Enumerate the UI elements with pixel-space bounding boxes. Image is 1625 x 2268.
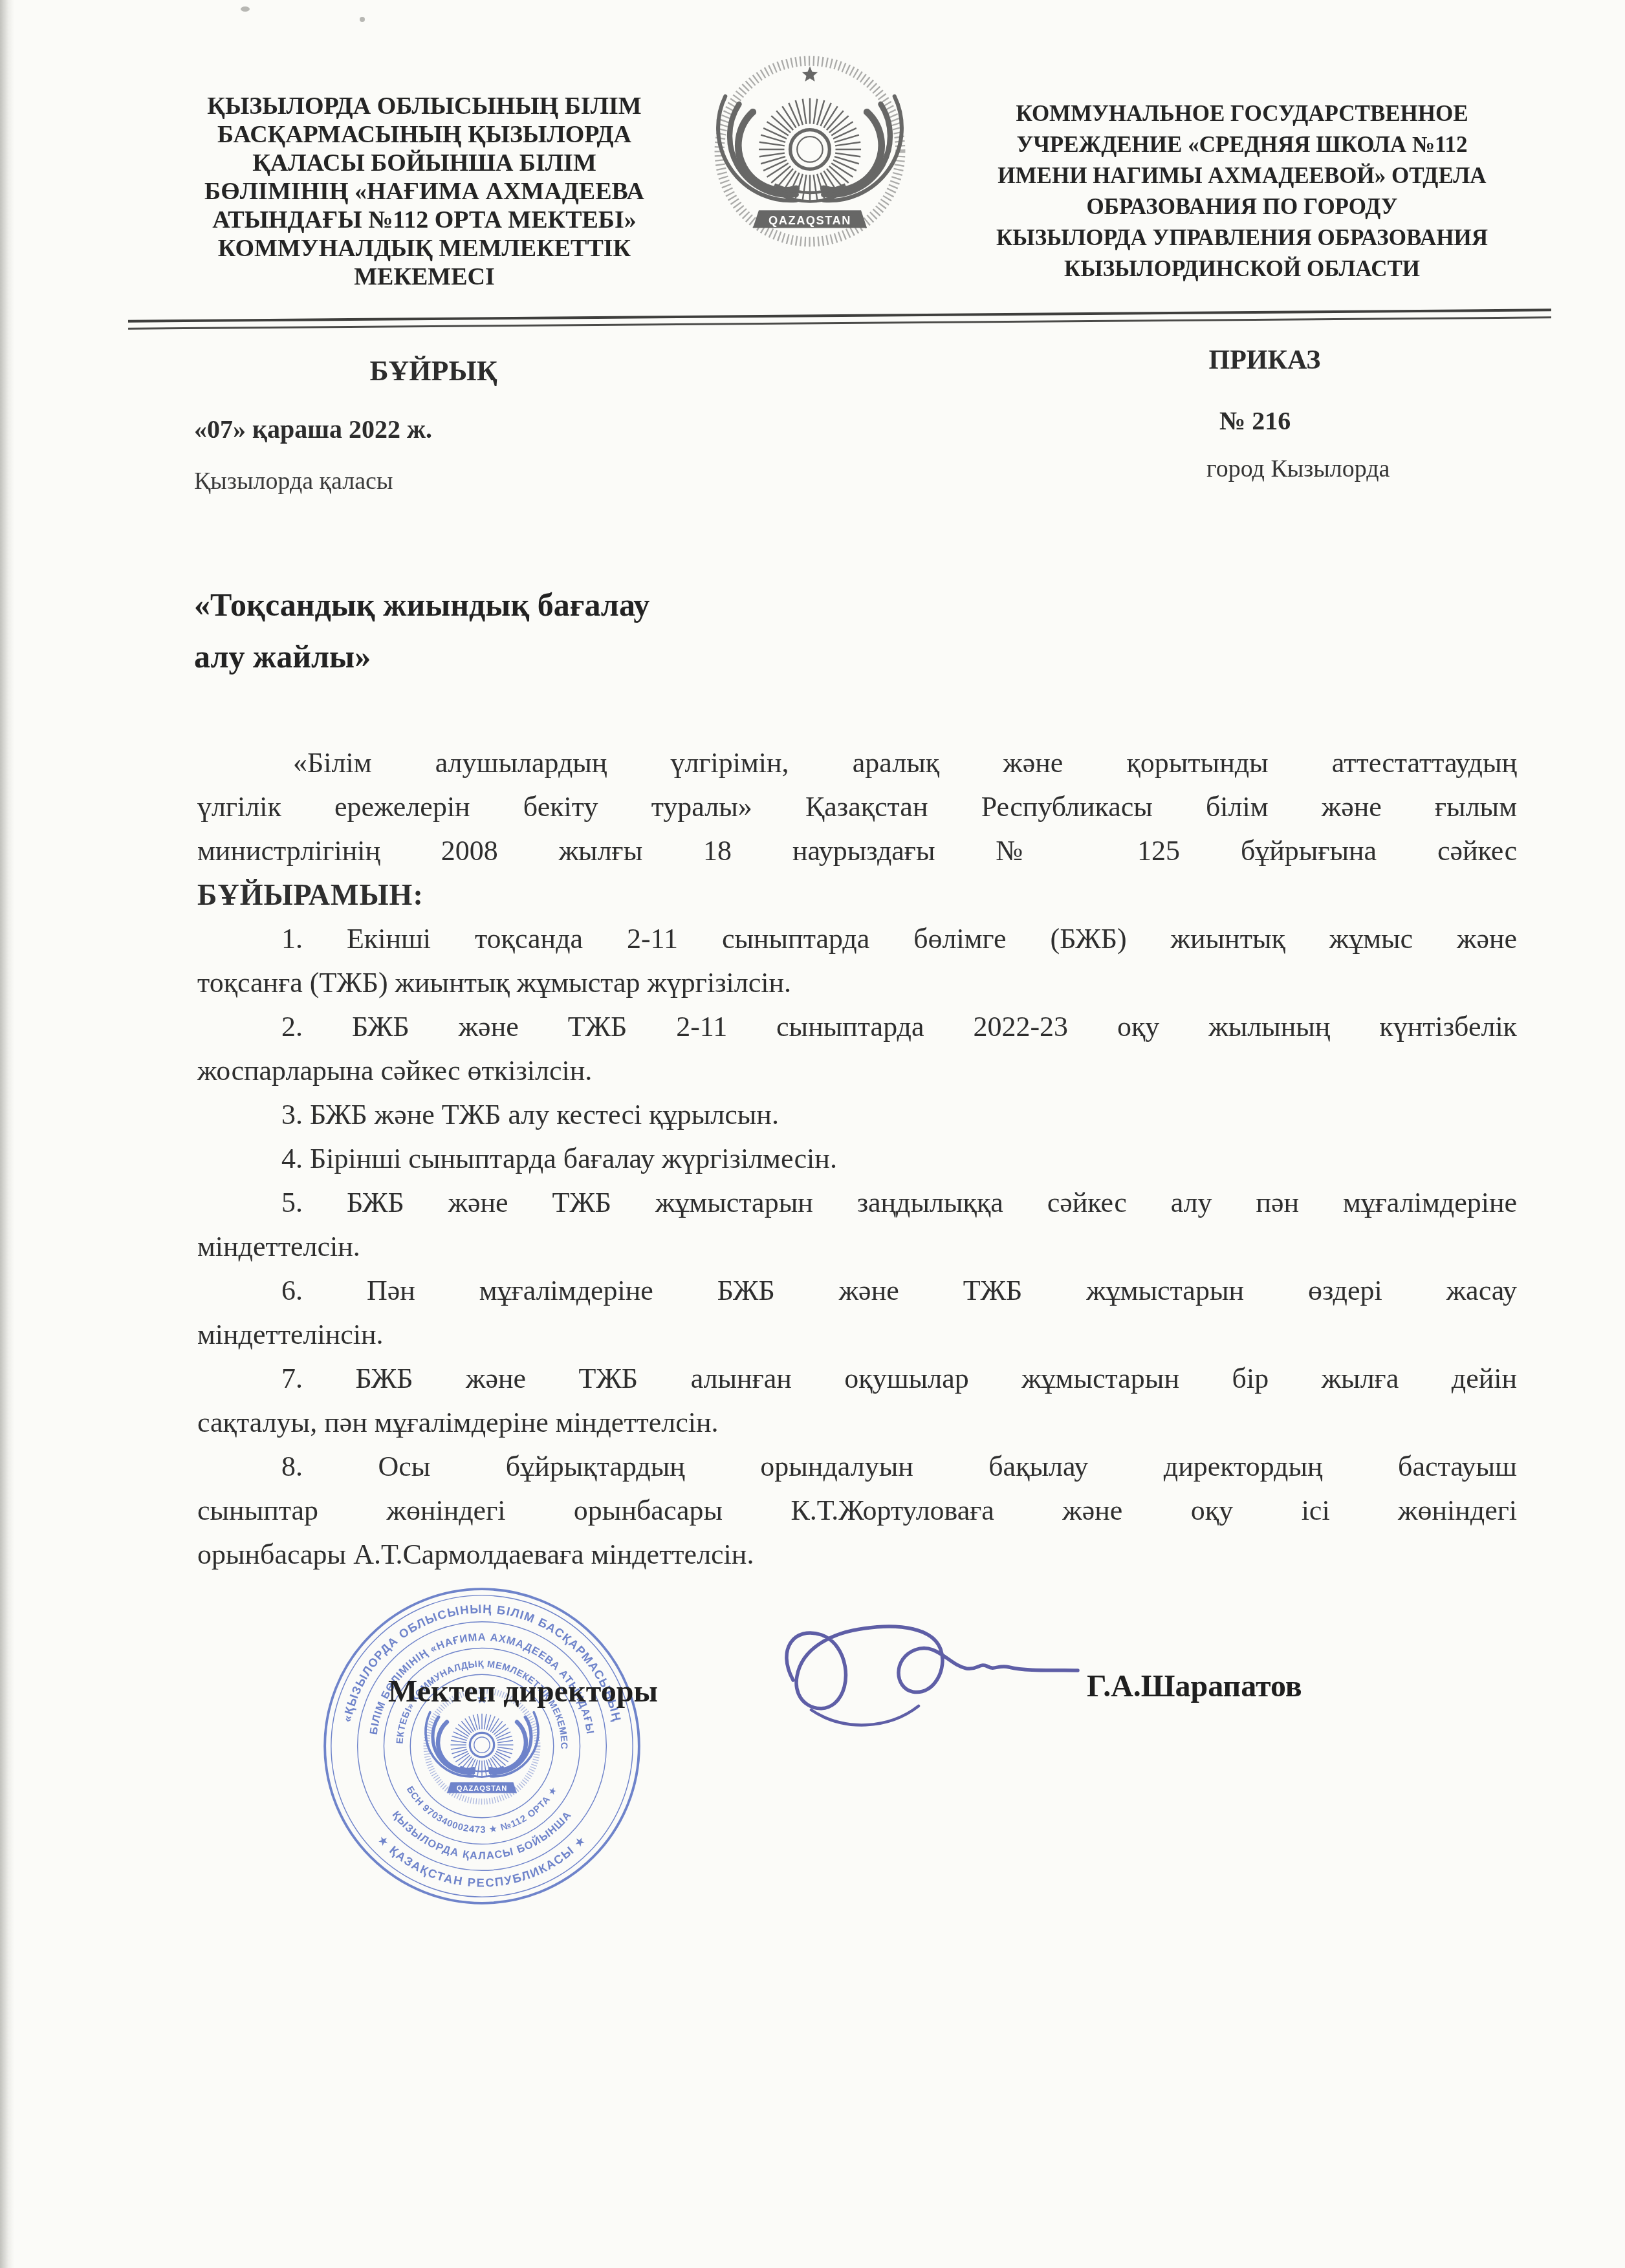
scan-speck xyxy=(360,17,365,22)
org-kk-line: КОММУНАЛДЫҚ МЕМЛЕКЕТТІК xyxy=(176,234,673,263)
order-item-6-line: міндеттелінсін. xyxy=(197,1313,1517,1357)
intro-line: «Білім алушылардың үлгірімін, аралық жән… xyxy=(197,741,1517,785)
school-round-stamp: «ҚЫЗЫЛОРДА ОБЛЫСЫНЫҢ БІЛІМ БАСҚАРМАСЫНЫҢ… xyxy=(306,1570,658,1922)
city-russian: город Кызылорда xyxy=(1206,455,1390,483)
order-subject: «Тоқсандық жиындық бағалау алу жайлы» xyxy=(194,579,906,682)
scan-speck xyxy=(241,6,250,12)
signature-role-label: Мектеп директоры xyxy=(388,1674,658,1709)
header-divider-line xyxy=(128,308,1551,329)
intro-line: үлгілік ережелерін бекіту туралы» Қазақс… xyxy=(197,785,1517,829)
order-date: «07» қараша 2022 ж. xyxy=(194,414,432,444)
scanned-order-document: ҚЫЗЫЛОРДА ОБЛЫСЫНЫҢ БІЛІМ БАСҚАРМАСЫНЫҢ … xyxy=(0,0,1625,2268)
org-kk-line: АТЫНДАҒЫ №112 ОРТА МЕКТЕБІ» xyxy=(176,206,673,234)
order-body: «Білім алушылардың үлгірімін, аралық жән… xyxy=(197,741,1517,1577)
order-item-6-line: 6. Пән мұғалімдеріне БЖБ және ТЖБ жұмыст… xyxy=(197,1269,1517,1313)
order-item-5-line: міндеттелсін. xyxy=(197,1225,1517,1269)
org-ru-line: ОБРАЗОВАНИЯ ПО ГОРОДУ xyxy=(956,191,1528,222)
org-ru-line: ИМЕНИ НАГИМЫ АХМАДЕЕВОЙ» ОТДЕЛА xyxy=(956,160,1528,191)
org-ru-line: УЧРЕЖДЕНИЕ «СРЕДНЯЯ ШКОЛА №112 xyxy=(956,129,1528,160)
order-item-8-line: 8. Осы бұйрықтардың орындалуын бақылау д… xyxy=(197,1445,1517,1489)
org-kk-line: БАСҚАРМАСЫНЫҢ ҚЫЗЫЛОРДА xyxy=(176,120,673,149)
order-title-kazakh: БҰЙРЫҚ xyxy=(349,354,518,387)
org-kk-line: ҚЫЗЫЛОРДА ОБЛЫСЫНЫҢ БІЛІМ xyxy=(176,92,673,120)
org-kk-line: БӨЛІМІНІҢ «НАҒИМА АХМАДЕЕВА xyxy=(176,177,673,206)
subject-line: «Тоқсандық жиындық бағалау xyxy=(194,579,906,631)
kazakhstan-emblem-icon: QAZAQSTAN xyxy=(700,40,920,260)
order-item-4-line: 4. Бірінші сыныптарда бағалау жүргізілме… xyxy=(197,1137,1517,1181)
order-item-7-line: 7. БЖБ және ТЖБ алынған оқушылар жұмыста… xyxy=(197,1357,1517,1401)
intro-line: министрлігінің 2008 жылғы 18 наурыздағы … xyxy=(197,829,1517,873)
org-name-russian: КОММУНАЛЬНОЕ ГОСУДАРСТВЕННОЕ УЧРЕЖДЕНИЕ … xyxy=(956,98,1528,285)
org-ru-line: КОММУНАЛЬНОЕ ГОСУДАРСТВЕННОЕ xyxy=(956,98,1528,129)
scan-edge-artifact xyxy=(0,0,14,2268)
order-title-russian: ПРИКАЗ xyxy=(1187,345,1342,376)
order-item-8-line: сыныптар жөніндегі орынбасары К.Т.Жортул… xyxy=(197,1489,1517,1533)
order-number: № 216 xyxy=(1219,405,1291,436)
order-item-1-line: 1. Екінші тоқсанда 2-11 сыныптарда бөлім… xyxy=(197,917,1517,961)
order-item-7-line: сақталуы, пән мұғалімдеріне міндеттелсін… xyxy=(197,1401,1517,1445)
city-kazakh: Қызылорда қаласы xyxy=(194,467,393,495)
svg-text:QAZAQSTAN: QAZAQSTAN xyxy=(457,1785,507,1793)
org-ru-line: КЫЗЫЛОРДА УПРАВЛЕНИЯ ОБРАЗОВАНИЯ xyxy=(956,222,1528,254)
order-item-2-line: 2. БЖБ және ТЖБ 2-11 сыныптарда 2022-23 … xyxy=(197,1005,1517,1049)
org-ru-line: КЫЗЫЛОРДИНСКОЙ ОБЛАСТИ xyxy=(956,254,1528,285)
signature-name: Г.А.Шарапатов xyxy=(1087,1669,1302,1704)
org-name-kazakh: ҚЫЗЫЛОРДА ОБЛЫСЫНЫҢ БІЛІМ БАСҚАРМАСЫНЫҢ … xyxy=(176,92,673,291)
org-kk-line: ҚАЛАСЫ БОЙЫНША БІЛІМ xyxy=(176,149,673,177)
order-item-2-line: жоспарларына сәйкес өткізілсін. xyxy=(197,1049,1517,1093)
org-kk-line: МЕКЕМЕСІ xyxy=(176,263,673,291)
subject-line: алу жайлы» xyxy=(194,631,906,682)
order-item-5-line: 5. БЖБ және ТЖБ жұмыстарын заңдылыққа сә… xyxy=(197,1181,1517,1225)
svg-text:QAZAQSTAN: QAZAQSTAN xyxy=(769,213,851,227)
resolve-word: БҰЙЫРАМЫН: xyxy=(197,873,1517,917)
director-handwritten-signature xyxy=(717,1573,1092,1786)
order-item-1-line: тоқсанға (ТЖБ) жиынтық жұмыстар жүргізіл… xyxy=(197,961,1517,1005)
order-item-3-line: 3. БЖБ және ТЖБ алу кестесі құрылсын. xyxy=(197,1093,1517,1137)
